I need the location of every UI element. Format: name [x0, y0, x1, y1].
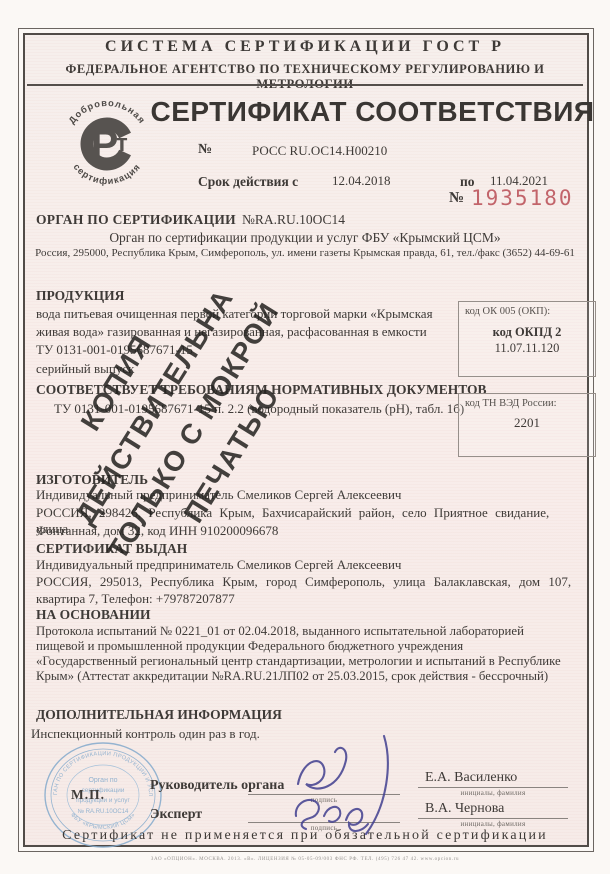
basis-header: НА ОСНОВАНИИ	[36, 607, 150, 623]
signatures-ink	[278, 732, 448, 842]
valid-from-date: 12.04.2018	[332, 173, 391, 189]
stamp-center-line: № RA.RU.10ОС14	[78, 808, 129, 815]
basis-line: Протокола испытаний № 0221_01 от 02.04.2…	[36, 624, 524, 639]
conformity-text: ТУ 0131-001-0195687671-15 п. 2.2 (водоро…	[54, 401, 464, 417]
okpd-label: код ОКПД 2	[459, 325, 595, 340]
issued-header: СЕРТИФИКАТ ВЫДАН	[36, 541, 187, 557]
issued-line: Индивидуальный предприниматель Смеликов …	[36, 557, 401, 573]
org-section-header: ОРГАН ПО СЕРТИФИКАЦИИ	[36, 212, 236, 228]
signature-strokes-icon	[278, 732, 448, 842]
okp-code-box: код ОК 005 (ОКП): код ОКПД 2 11.07.11.12…	[458, 301, 596, 377]
system-name: СИСТЕМА СЕРТИФИКАЦИИ ГОСТ Р	[25, 38, 585, 56]
okpd-value: 11.07.11.120	[459, 341, 595, 356]
additional-header: ДОПОЛНИТЕЛЬНАЯ ИНФОРМАЦИЯ	[36, 707, 282, 723]
certificate-title: СЕРТИФИКАТ СООТВЕТСТВИЯ	[150, 96, 595, 128]
production-line: вода питьевая очищенная первой категории…	[36, 306, 433, 322]
form-number: 1935180	[471, 186, 574, 210]
expert-role-label: Эксперт	[150, 807, 202, 823]
header-divider	[27, 84, 583, 86]
tnved-label: код ТН ВЭД России:	[459, 394, 595, 409]
mp-label: М.П.	[71, 787, 105, 803]
issued-line: квартира 7, Телефон: +79787207877	[36, 591, 235, 607]
logo-letter-t: т	[116, 130, 128, 157]
basis-line: Крым» (Аттестат аккредитации №RA.RU.21ЛП…	[36, 669, 548, 684]
stamp-center-line: Орган по	[88, 777, 117, 784]
maker-line: Фонтанная, дом 32, код ИНН 910200096678	[36, 523, 278, 539]
head-signature-stroke	[298, 748, 346, 789]
production-line: живая вода» газированная и негазированна…	[36, 324, 427, 340]
maker-header: ИЗГОТОВИТЕЛЬ	[36, 472, 148, 488]
signature-flourish-stroke	[366, 736, 388, 834]
head-role-label: Руководитель органа	[150, 778, 284, 794]
form-number-label: №	[449, 190, 464, 207]
rst-logo-icon: Добровольная сертификация Р т	[55, 98, 160, 186]
production-line: ТУ 0131-001-0195687671-15	[36, 342, 193, 358]
agency-name: ФЕДЕРАЛЬНОЕ АГЕНТСТВО ПО ТЕХНИЧЕСКОМУ РЕ…	[25, 62, 585, 92]
production-header: ПРОДУКЦИЯ	[36, 288, 124, 304]
rst-logo: Добровольная сертификация Р т	[55, 98, 160, 186]
basis-line: «Государственный региональный центр стан…	[36, 654, 561, 669]
cert-number: РОСС RU.ОС14.Н00210	[252, 143, 387, 159]
org-address: Россия, 295000, Республика Крым, Симферо…	[25, 247, 585, 259]
production-line: серийный выпуск	[36, 361, 134, 377]
issued-line: РОССИЯ, 295013, Республика Крым, город С…	[36, 574, 576, 590]
org-number: №RA.RU.10ОС14	[242, 212, 345, 228]
okp-code-label: код ОК 005 (ОКП):	[459, 302, 595, 317]
validity-label: Срок действия с	[198, 174, 298, 190]
print-info: ЗАО «ОПЦИОН». МОСКВА. 2013. «В». ЛИЦЕНЗИ…	[0, 857, 610, 862]
certificate-page: СИСТЕМА СЕРТИФИКАЦИИ ГОСТ Р ФЕДЕРАЛЬНОЕ …	[0, 0, 610, 874]
cert-number-label: №	[198, 142, 212, 158]
org-name: Орган по сертификации продукции и услуг …	[25, 230, 585, 246]
tnved-code-box: код ТН ВЭД России: 2201	[458, 393, 596, 457]
conformity-header: СООТВЕТСТВУЕТ ТРЕБОВАНИЯМ НОРМАТИВНЫХ ДО…	[36, 382, 487, 398]
basis-line: пищевой и промышленной продукции Федерал…	[36, 639, 463, 654]
expert-signature-stroke	[296, 800, 368, 831]
logo-letter-p: Р	[91, 121, 118, 167]
maker-line: Индивидуальный предприниматель Смеликов …	[36, 487, 401, 503]
tnved-value: 2201	[459, 415, 595, 431]
